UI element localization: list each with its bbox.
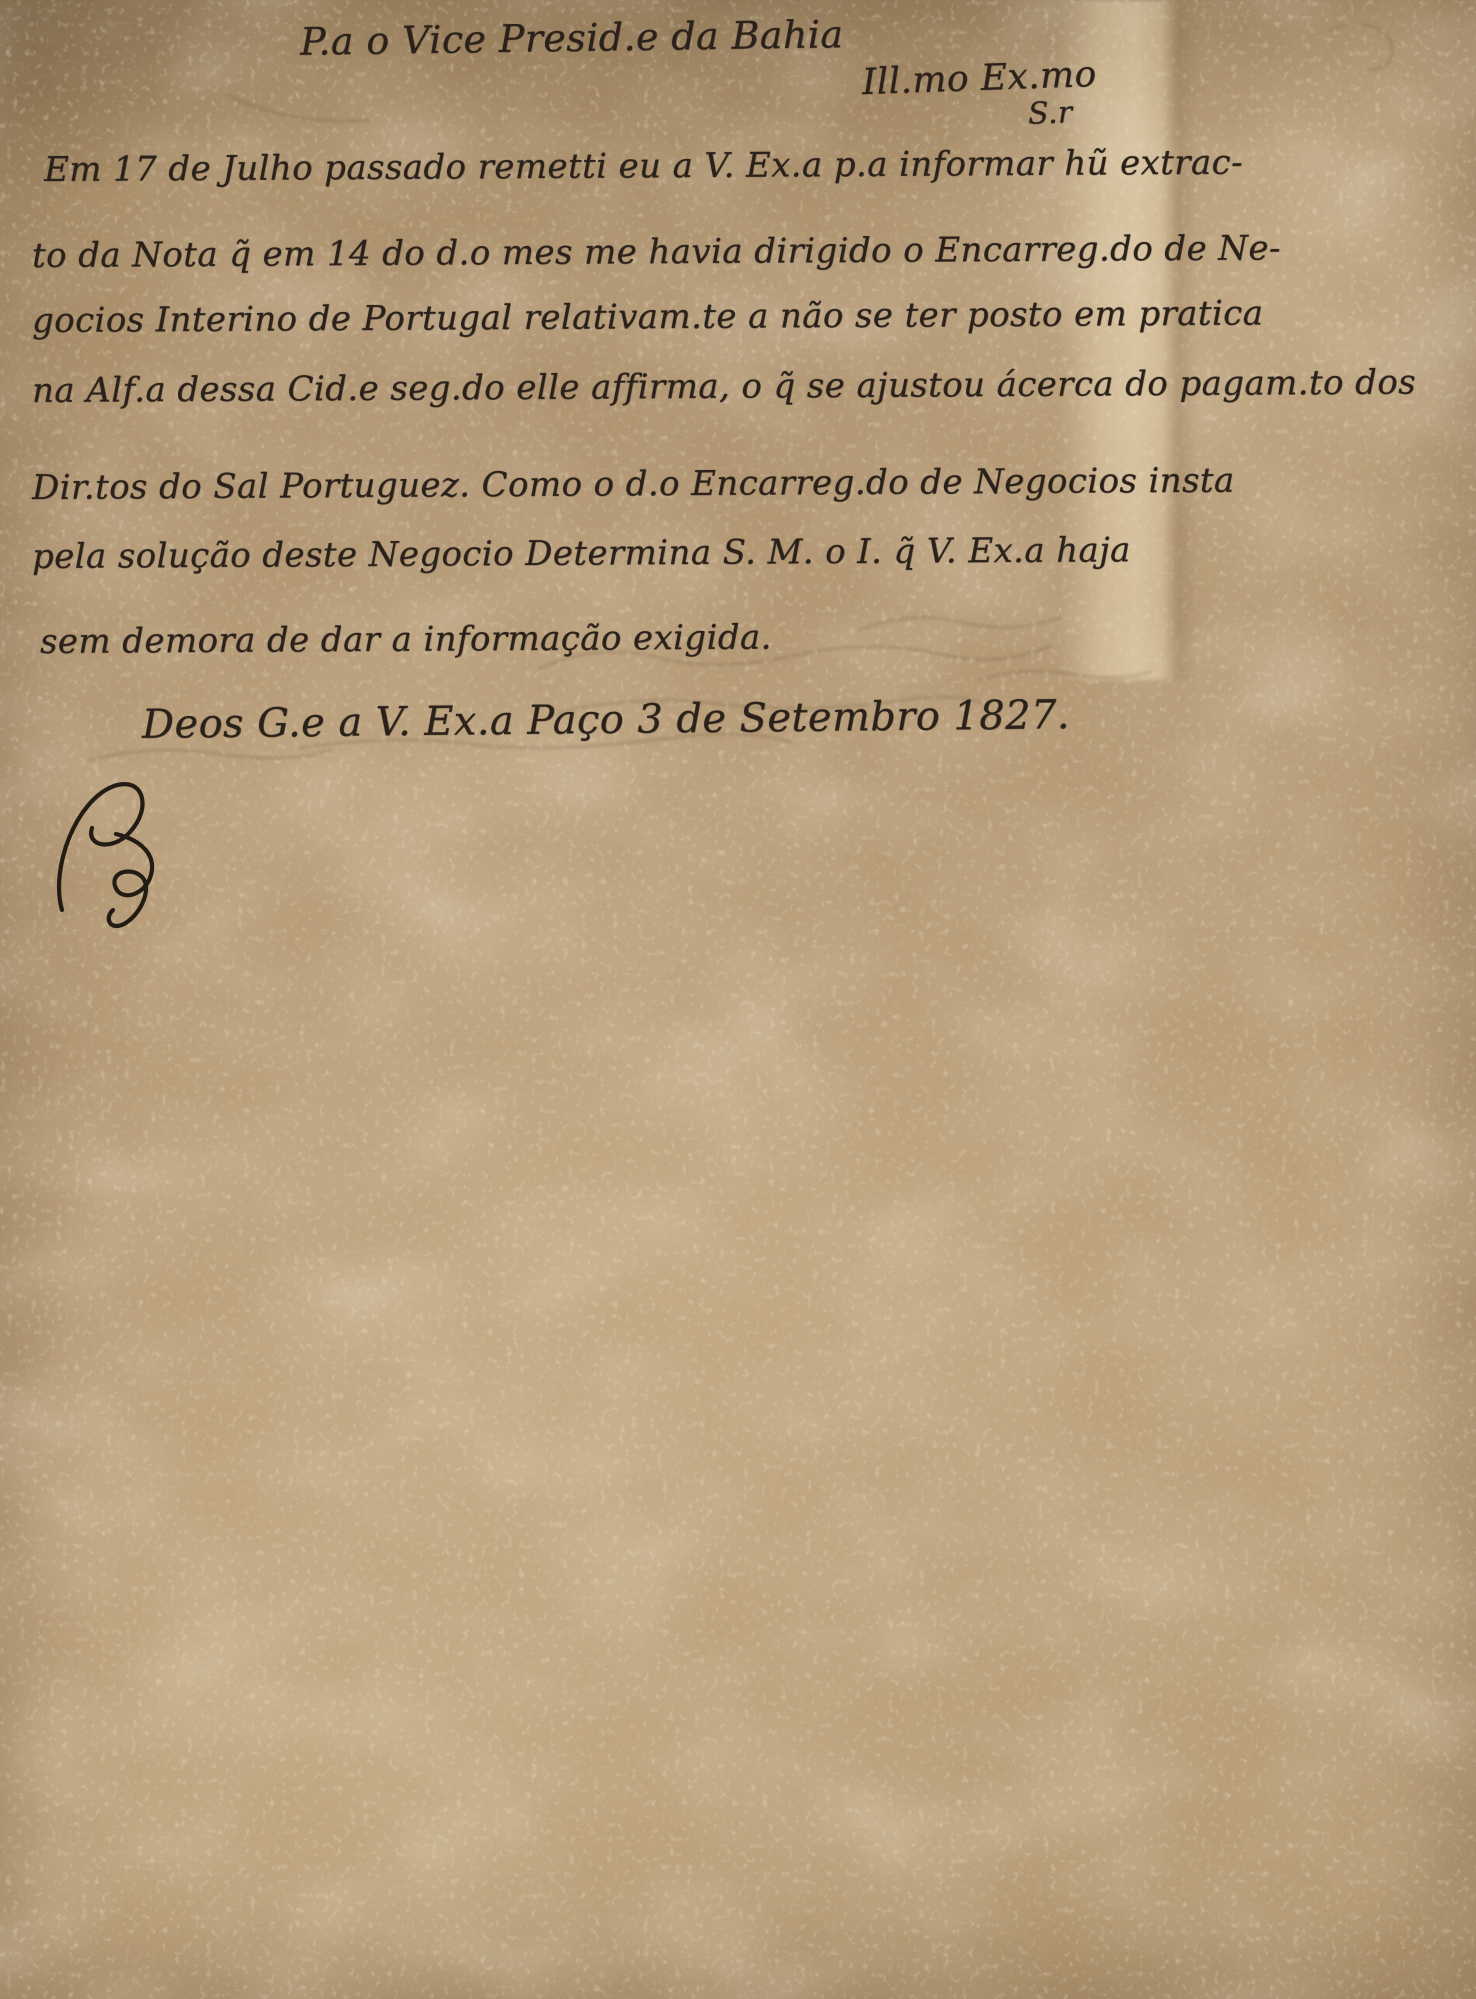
manuscript-line: Dir.tos do Sal Portuguez. Como o d.o Enc… xyxy=(32,461,1235,508)
manuscript-line: to da Nota q̃ em 14 do d.o mes me havia … xyxy=(32,228,1281,276)
salutation-line-2: S.r xyxy=(1027,95,1073,132)
manuscript-line: pela solução deste Negocio Determina S. … xyxy=(32,530,1131,577)
manuscript-line: Em 17 de Julho passado remetti eu a V. E… xyxy=(44,143,1243,190)
manuscript-page: P.a o Vice Presid.e da Bahia Ill.mo Ex.m… xyxy=(0,0,1476,1999)
signature-rubric xyxy=(46,772,216,947)
manuscript-line: na Alf.a dessa Cid.e seg.do elle affirma… xyxy=(32,363,1416,411)
document-heading: P.a o Vice Presid.e da Bahia xyxy=(300,12,844,64)
manuscript-line: sem demora de dar a informação exigida. xyxy=(40,618,772,662)
closing-date-line: Deos G.e a V. Ex.a Paço 3 de Setembro 18… xyxy=(142,692,1070,748)
page-edge-band xyxy=(1058,0,1198,680)
manuscript-line: gocios Interino de Portugal relativam.te… xyxy=(32,293,1264,341)
